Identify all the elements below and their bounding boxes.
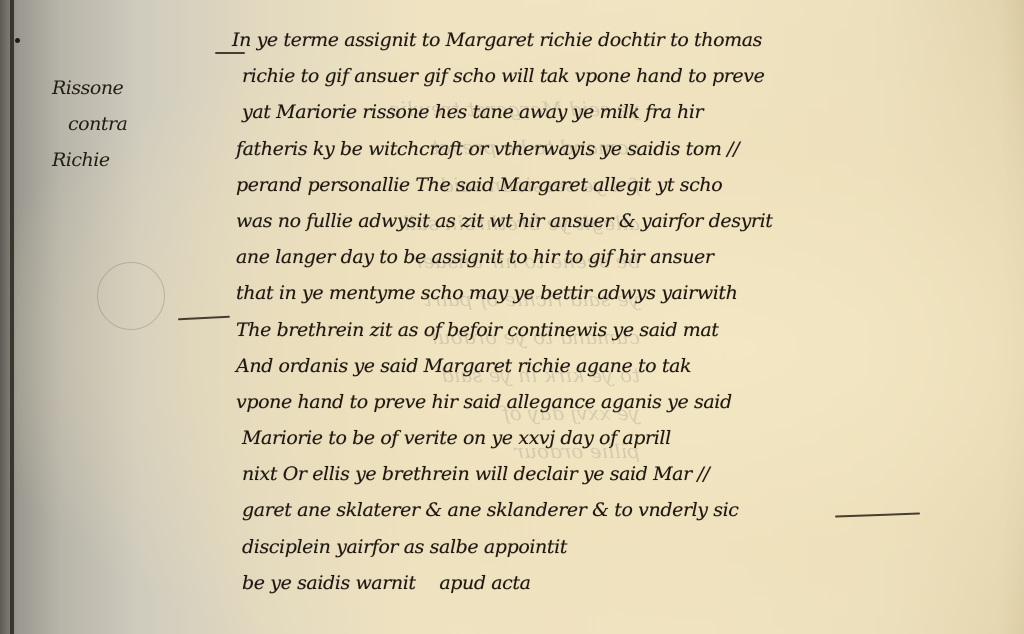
text-line: perand personallie The said Margaret all… (232, 167, 1002, 203)
line-flourish (215, 52, 245, 54)
text-line: richie to gif ansuer gif scho will tak v… (232, 58, 1002, 94)
text-line: vpone hand to preve hir said allegance a… (232, 384, 1002, 420)
text-line: garet ane sklaterer & ane sklanderer & t… (232, 492, 1002, 528)
margin-note-line: Rissone (52, 70, 172, 106)
text-line: Mariorie to be of verite on ye xxvj day … (232, 420, 1002, 456)
text-line: And ordanis ye said Margaret richie agan… (232, 348, 1002, 384)
margin-note-line: contra (52, 106, 172, 142)
text-line: be ye saidis warnit apud acta (232, 565, 1002, 601)
margin-note: Rissone contra Richie (52, 70, 172, 178)
stamp-circle-mark (97, 262, 165, 330)
binding-edge (10, 0, 14, 634)
binding-shadow (0, 0, 10, 634)
text-line: In ye terme assignit to Margaret richie … (232, 22, 1002, 58)
text-line: nixt Or ellis ye brethrein will declair … (232, 456, 1002, 492)
text-line: yat Mariorie rissone hes tane away ye mi… (232, 94, 1002, 130)
margin-note-line: Richie (52, 142, 172, 178)
ink-spot (15, 38, 20, 43)
text-line: fatheris ky be witchcraft or vtherwayis … (232, 131, 1002, 167)
text-line: was no fullie adwysit as zit wt hir ansu… (232, 203, 1002, 239)
text-line: that in ye mentyme scho may ye bettir ad… (232, 275, 1002, 311)
text-line-part: apud acta (421, 572, 530, 594)
text-line: The brethrein zit as of befoir continewi… (232, 312, 1002, 348)
text-line: disciplein yairfor as salbe appointit (232, 529, 1002, 565)
text-line: ane langer day to be assignit to hir to … (232, 239, 1002, 275)
line-flourish (178, 316, 230, 321)
text-line-part: be ye saidis warnit (242, 572, 416, 594)
manuscript-page: ye seid Margaret trewlie comand to be pr… (0, 0, 1024, 634)
